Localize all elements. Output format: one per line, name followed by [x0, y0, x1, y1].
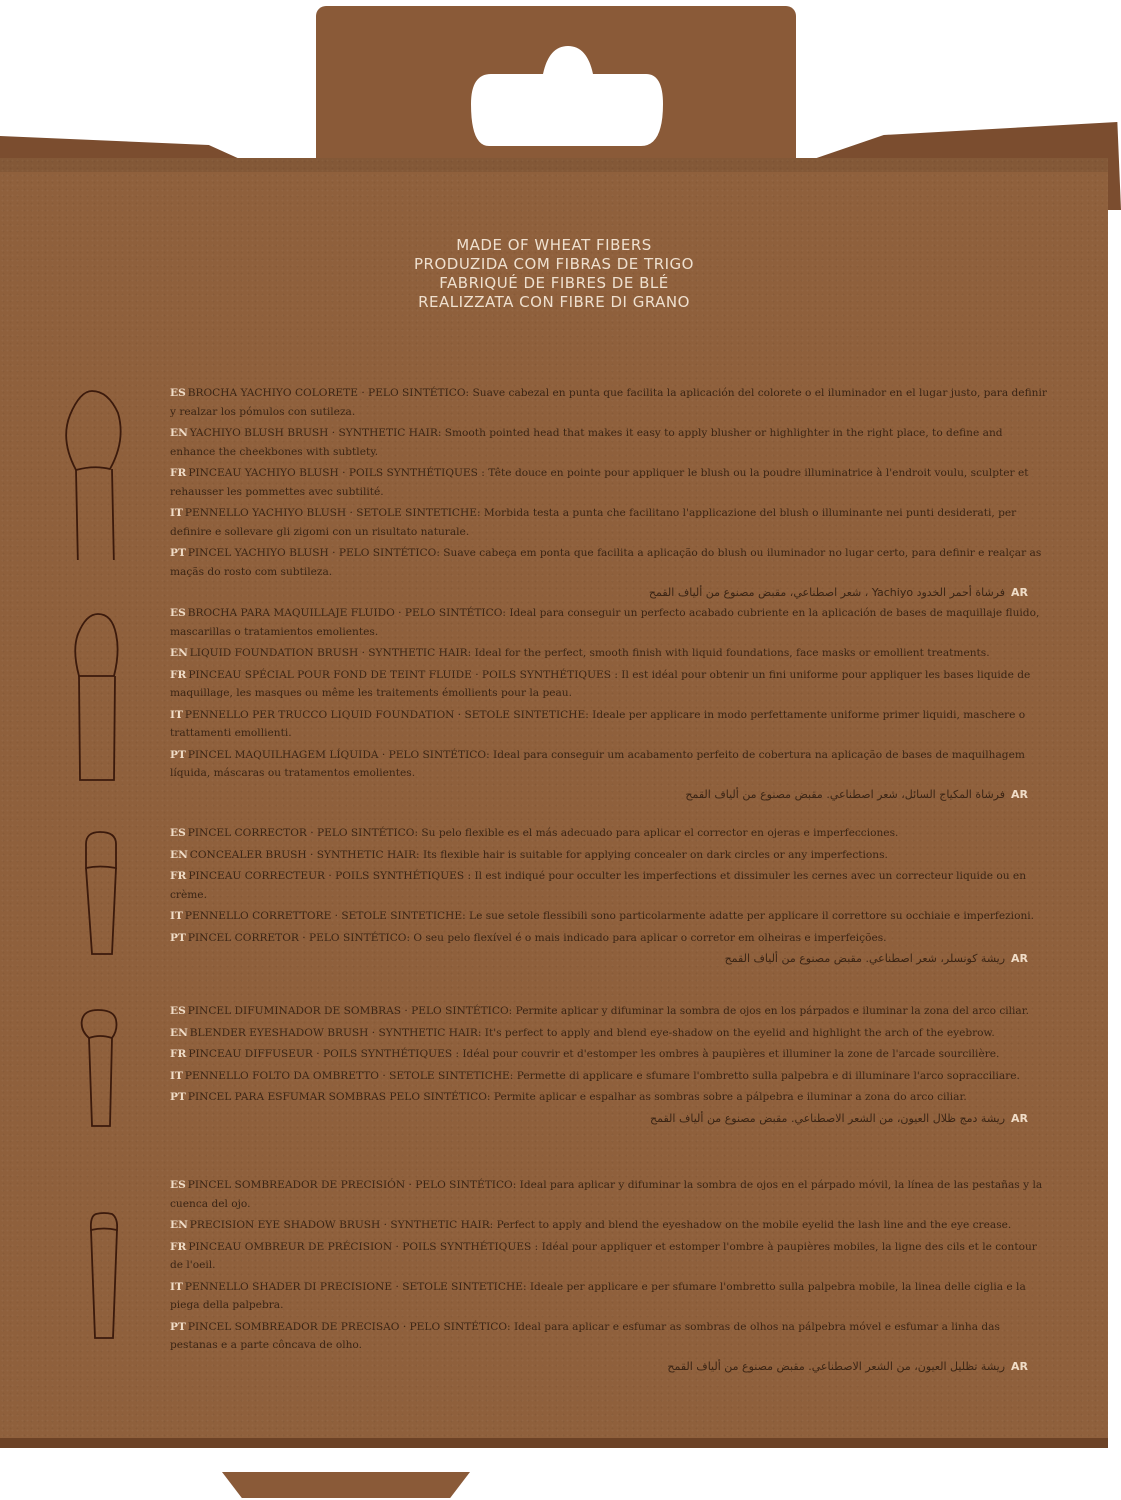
- desc-fr: FRPINCEAU SPÉCIAL POUR FOND DE TEINT FLU…: [170, 666, 1050, 703]
- lang-tag: ES: [170, 827, 186, 839]
- brush-description-blush: ESBROCHA YACHIYO COLORETE · PELO SINTÉTI…: [170, 384, 1050, 603]
- precision-eyeshadow-brush-icon: [86, 1210, 122, 1340]
- desc-ar: ARريشة دمج ظلال العيون، من الشعر الاصطنا…: [170, 1110, 1050, 1129]
- brush-description-foundation: ESBROCHA PARA MAQUILLAJE FLUIDO · PELO S…: [170, 604, 1050, 804]
- desc-fr: FRPINCEAU OMBREUR DE PRÉCISION · POILS S…: [170, 1238, 1050, 1275]
- desc-en: ENYACHIYO BLUSH BRUSH · SYNTHETIC HAIR: …: [170, 424, 1050, 461]
- desc-pt: PTPINCEL SOMBREADOR DE PRECISAO · PELO S…: [170, 1318, 1050, 1355]
- lang-tag: PT: [170, 547, 186, 559]
- desc-pt: PTPINCEL YACHIYO BLUSH · PELO SINTÉTICO:…: [170, 544, 1050, 581]
- lang-tag: EN: [170, 849, 188, 861]
- desc-es: ESPINCEL CORRECTOR · PELO SINTÉTICO: Su …: [170, 824, 1050, 843]
- lang-tag: AR: [1011, 952, 1028, 965]
- desc-it: ITPENNELLO PER TRUCCO LIQUID FOUNDATION …: [170, 706, 1050, 743]
- desc-ar: ARريشة كونسلر، شعر اصطناعي. مقبض مصنوع م…: [170, 950, 1050, 969]
- desc-it: ITPENNELLO YACHIYO BLUSH · SETOLE SINTET…: [170, 504, 1050, 541]
- desc-es: ESPINCEL SOMBREADOR DE PRECISIÓN · PELO …: [170, 1176, 1050, 1213]
- lang-tag: AR: [1011, 1360, 1028, 1373]
- desc-es: ESBROCHA YACHIYO COLORETE · PELO SINTÉTI…: [170, 384, 1050, 421]
- lang-tag: IT: [170, 910, 183, 922]
- desc-fr: FRPINCEAU YACHIYO BLUSH · POILS SYNTHÉTI…: [170, 464, 1050, 501]
- desc-es: ESBROCHA PARA MAQUILLAJE FLUIDO · PELO S…: [170, 604, 1050, 641]
- hang-hole-icon: [451, 46, 666, 162]
- lang-tag: PT: [170, 932, 186, 944]
- desc-fr: FRPINCEAU CORRECTEUR · POILS SYNTHÉTIQUE…: [170, 867, 1050, 904]
- lang-tag: EN: [170, 427, 188, 439]
- box-bottom-edge: [0, 1438, 1108, 1448]
- desc-it: ITPENNELLO CORRETTORE · SETOLE SINTETICH…: [170, 907, 1050, 926]
- desc-pt: PTPINCEL MAQUILHAGEM LÍQUIDA · PELO SINT…: [170, 746, 1050, 783]
- lang-tag: FR: [170, 669, 186, 681]
- desc-it: ITPENNELLO SHADER DI PRECISIONE · SETOLE…: [170, 1278, 1050, 1315]
- desc-pt: PTPINCEL CORRETOR · PELO SINTÉTICO: O se…: [170, 929, 1050, 948]
- lang-tag: IT: [170, 1070, 183, 1082]
- desc-ar: ARفرشاة المكياج السائل، شعر اصطناعي. مقب…: [170, 786, 1050, 805]
- brush-description-blender: ESPINCEL DIFUMINADOR DE SOMBRAS · PELO S…: [170, 1002, 1050, 1128]
- foundation-brush-icon: [72, 612, 122, 787]
- lang-tag: FR: [170, 467, 186, 479]
- desc-ar: ARفرشاة أحمر الخدود Yachiyo ، شعر اصطناع…: [170, 584, 1050, 603]
- lang-tag: AR: [1011, 586, 1028, 599]
- lang-tag: IT: [170, 709, 183, 721]
- lang-tag: ES: [170, 1179, 186, 1191]
- desc-ar: ARريشة تظليل العيون، من الشعر الاصطناعي.…: [170, 1358, 1050, 1377]
- desc-it: ITPENNELLO FOLTO DA OMBRETTO · SETOLE SI…: [170, 1067, 1050, 1086]
- desc-en: ENCONCEALER BRUSH · SYNTHETIC HAIR: Its …: [170, 846, 1050, 865]
- lang-tag: PT: [170, 1321, 186, 1333]
- lang-tag: IT: [170, 1281, 183, 1293]
- lang-tag: FR: [170, 870, 186, 882]
- concealer-brush-icon: [82, 828, 122, 958]
- lang-tag: PT: [170, 1091, 186, 1103]
- lang-tag: PT: [170, 749, 186, 761]
- desc-en: ENPRECISION EYE SHADOW BRUSH · SYNTHETIC…: [170, 1216, 1050, 1235]
- lang-tag: FR: [170, 1048, 186, 1060]
- lang-tag: ES: [170, 1005, 186, 1017]
- material-line-pt: PRODUZIDA COM FIBRAS DE TRIGO: [0, 255, 1108, 274]
- material-line-fr: FABRIQUÉ DE FIBRES DE BLÉ: [0, 274, 1108, 293]
- box-top-fold: [0, 158, 1108, 172]
- brush-description-precision: ESPINCEL SOMBREADOR DE PRECISIÓN · PELO …: [170, 1176, 1050, 1376]
- desc-fr: FRPINCEAU DIFFUSEUR · POILS SYNTHÉTIQUES…: [170, 1045, 1050, 1064]
- brush-description-concealer: ESPINCEL CORRECTOR · PELO SINTÉTICO: Su …: [170, 824, 1050, 969]
- lang-tag: AR: [1011, 1112, 1028, 1125]
- lang-tag: AR: [1011, 788, 1028, 801]
- box-bottom-tab: [222, 1472, 470, 1498]
- lang-tag: ES: [170, 607, 186, 619]
- lang-tag: FR: [170, 1241, 186, 1253]
- desc-en: ENLIQUID FOUNDATION BRUSH · SYNTHETIC HA…: [170, 644, 1050, 663]
- desc-en: ENBLENDER EYESHADOW BRUSH · SYNTHETIC HA…: [170, 1024, 1050, 1043]
- desc-pt: PTPINCEL PARA ESFUMAR SOMBRAS PELO SINTÉ…: [170, 1088, 1050, 1107]
- lang-tag: EN: [170, 1027, 188, 1039]
- lang-tag: IT: [170, 507, 183, 519]
- material-line-en: MADE OF WHEAT FIBERS: [0, 236, 1108, 255]
- lang-tag: ES: [170, 387, 186, 399]
- material-statement: MADE OF WHEAT FIBERS PRODUZIDA COM FIBRA…: [0, 236, 1108, 312]
- blush-brush-icon: [62, 385, 122, 560]
- blender-eyeshadow-brush-icon: [80, 1006, 122, 1128]
- lang-tag: EN: [170, 647, 188, 659]
- desc-es: ESPINCEL DIFUMINADOR DE SOMBRAS · PELO S…: [170, 1002, 1050, 1021]
- lang-tag: EN: [170, 1219, 188, 1231]
- material-line-it: REALIZZATA CON FIBRE DI GRANO: [0, 293, 1108, 312]
